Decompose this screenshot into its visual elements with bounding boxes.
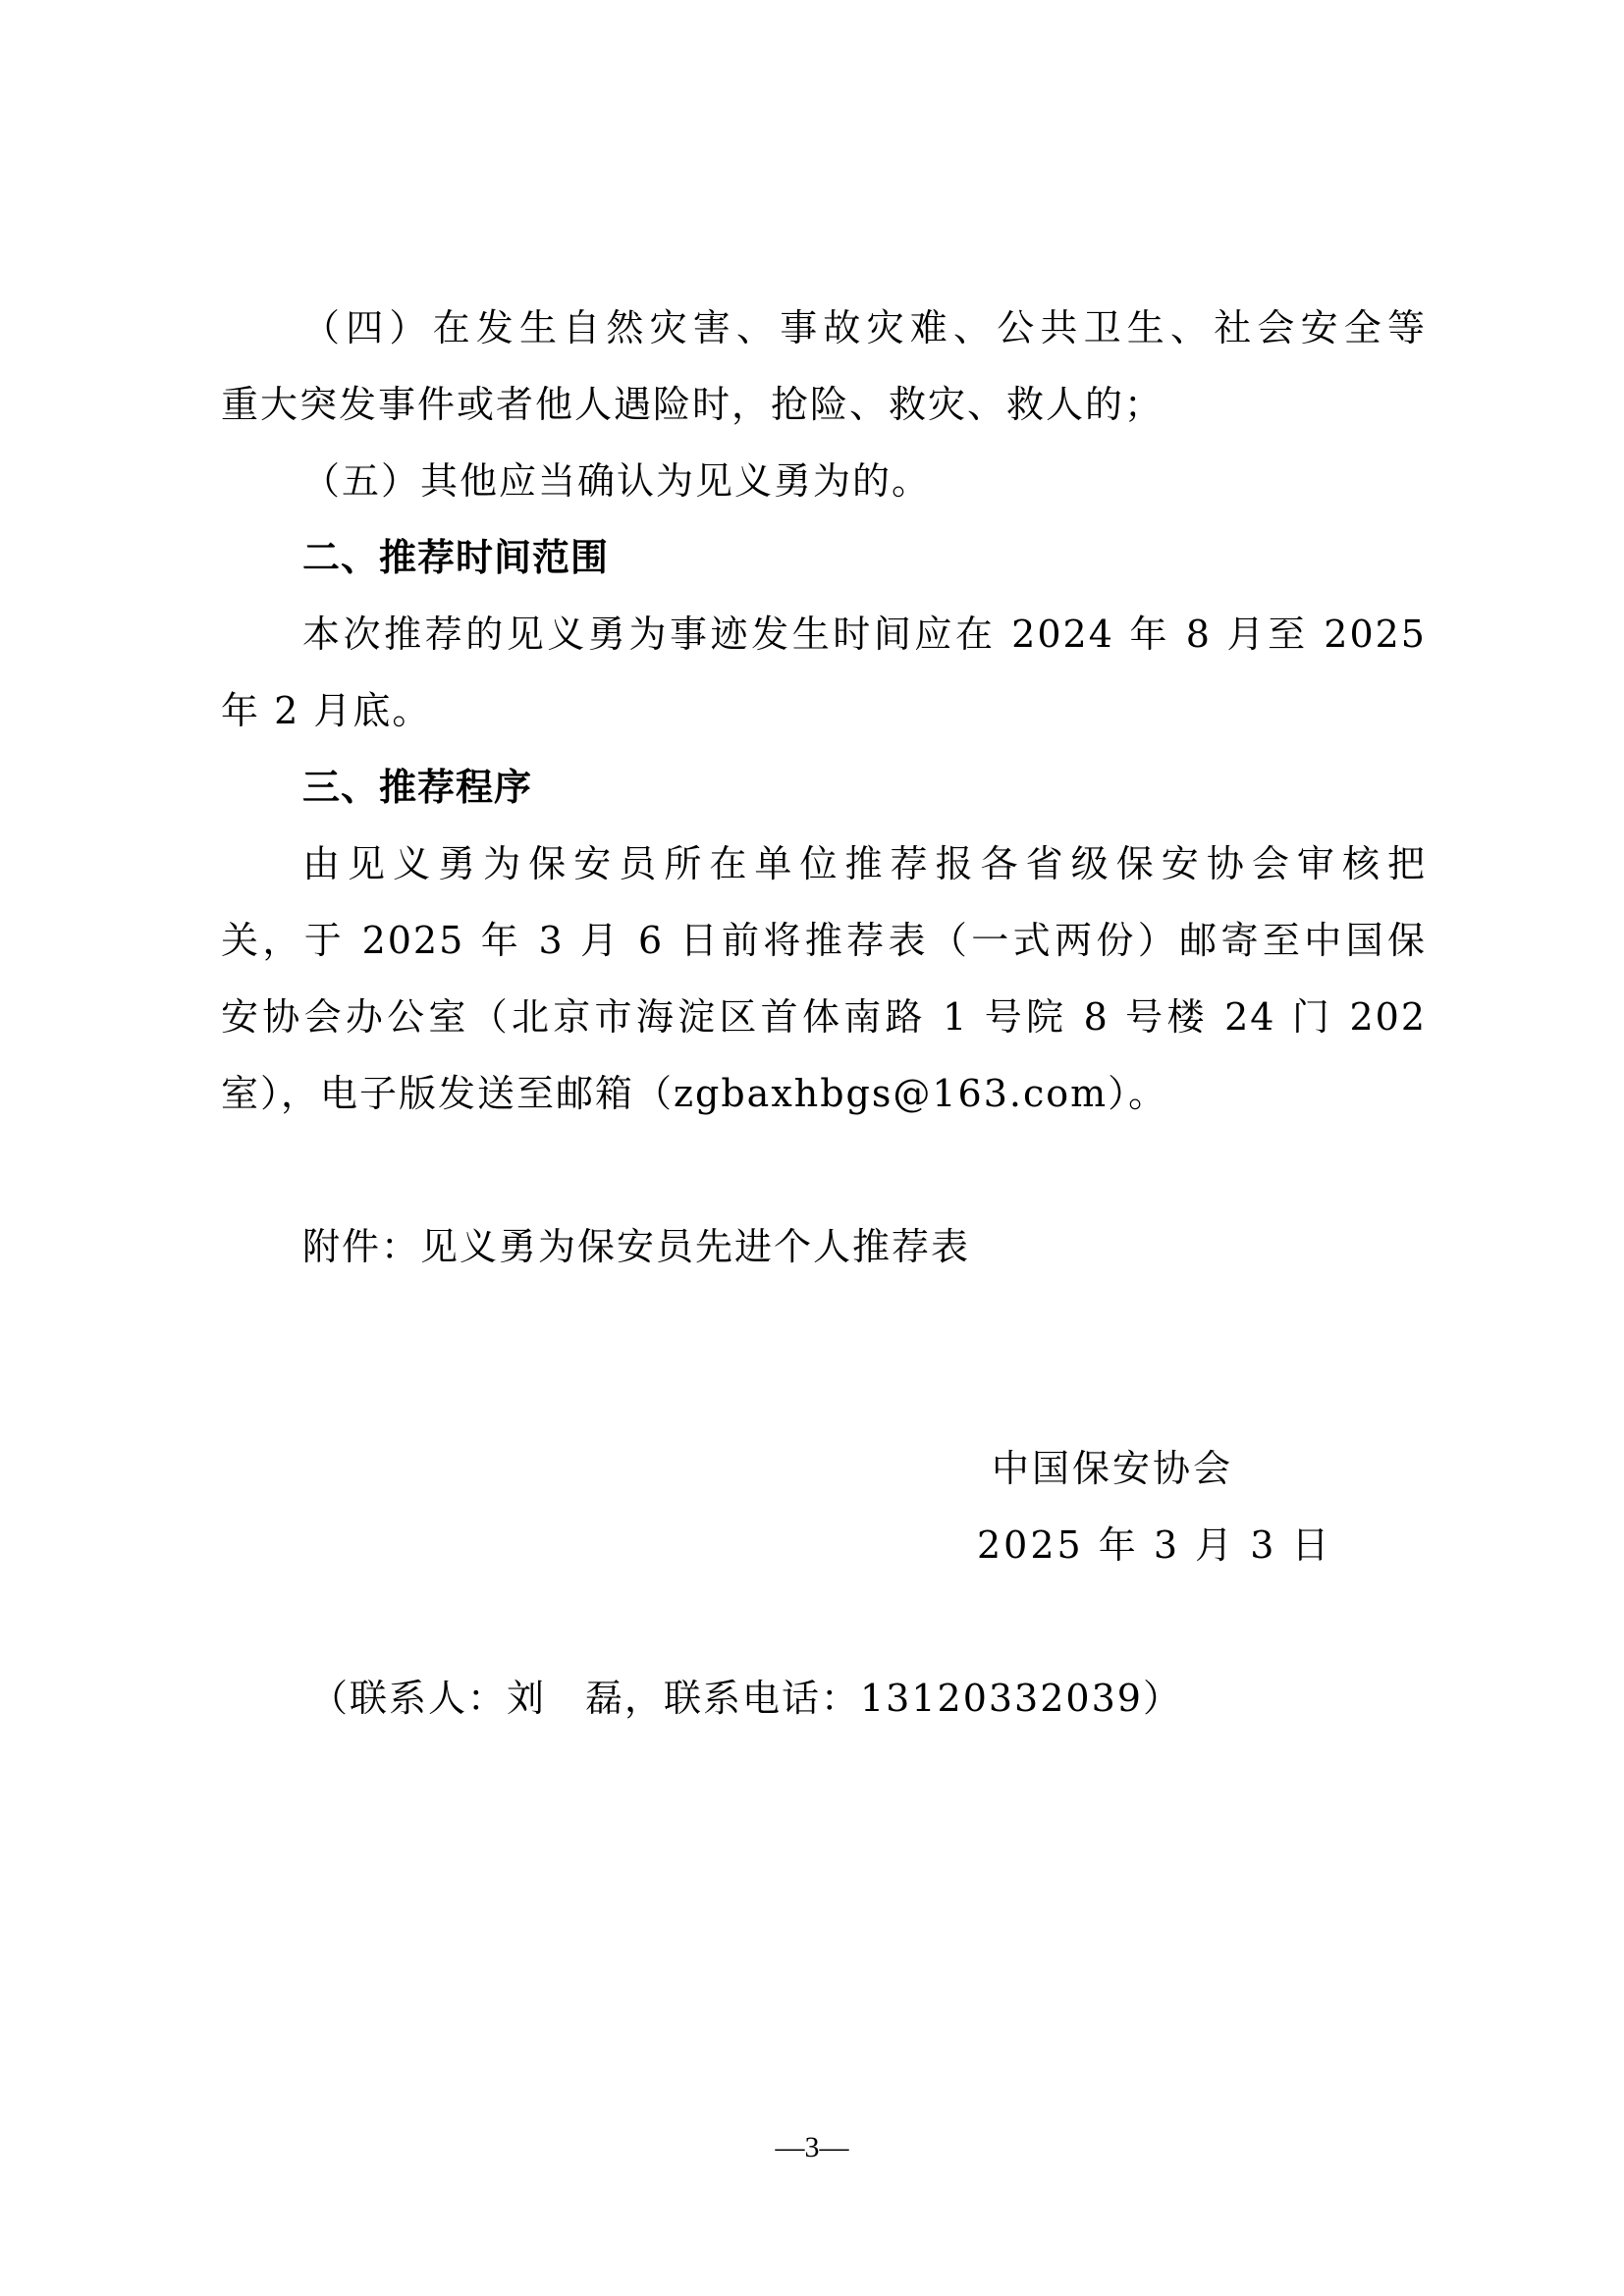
item-5: （五）其他应当确认为见义勇为的。 xyxy=(302,459,1427,503)
item-4-line-1: （四）在发生自然灾害、事故灾难、公共卫生、社会安全等 xyxy=(302,306,1427,349)
section-3-heading: 三、推荐程序 xyxy=(302,766,1427,809)
signature-organization: 中国保安协会 xyxy=(992,1447,1233,1490)
page-number: —3— xyxy=(0,2130,1624,2165)
contact-info: （联系人：刘 磊，联系电话：13120332039） xyxy=(310,1677,1435,1720)
section-3-line-1: 由见义勇为保安员所在单位推荐报各省级保安协会审核把 xyxy=(302,842,1427,885)
signature-date: 2025 年 3 月 3 日 xyxy=(977,1523,1331,1567)
section-2-line-1: 本次推荐的见义勇为事迹发生时间应在 2024 年 8 月至 2025 xyxy=(302,613,1427,656)
section-2-heading: 二、推荐时间范围 xyxy=(302,536,1427,579)
section-3-line-4: 室），电子版发送至邮箱（zgbaxhbgs@163.com）。 xyxy=(221,1072,1427,1115)
section-3-line-3: 安协会办公室（北京市海淀区首体南路 1 号院 8 号楼 24 门 202 xyxy=(221,995,1427,1039)
document-page: （四）在发生自然灾害、事故灾难、公共卫生、社会安全等 重大突发事件或者他人遇险时… xyxy=(0,0,1624,2296)
section-3-line-2: 关，于 2025 年 3 月 6 日前将推荐表（一式两份）邮寄至中国保 xyxy=(221,919,1427,962)
item-4-line-2: 重大突发事件或者他人遇险时，抢险、救灾、救人的； xyxy=(221,383,1427,426)
section-2-line-2: 年 2 月底。 xyxy=(221,689,1427,732)
attachment-note: 附件：见义勇为保安员先进个人推荐表 xyxy=(302,1225,1427,1268)
